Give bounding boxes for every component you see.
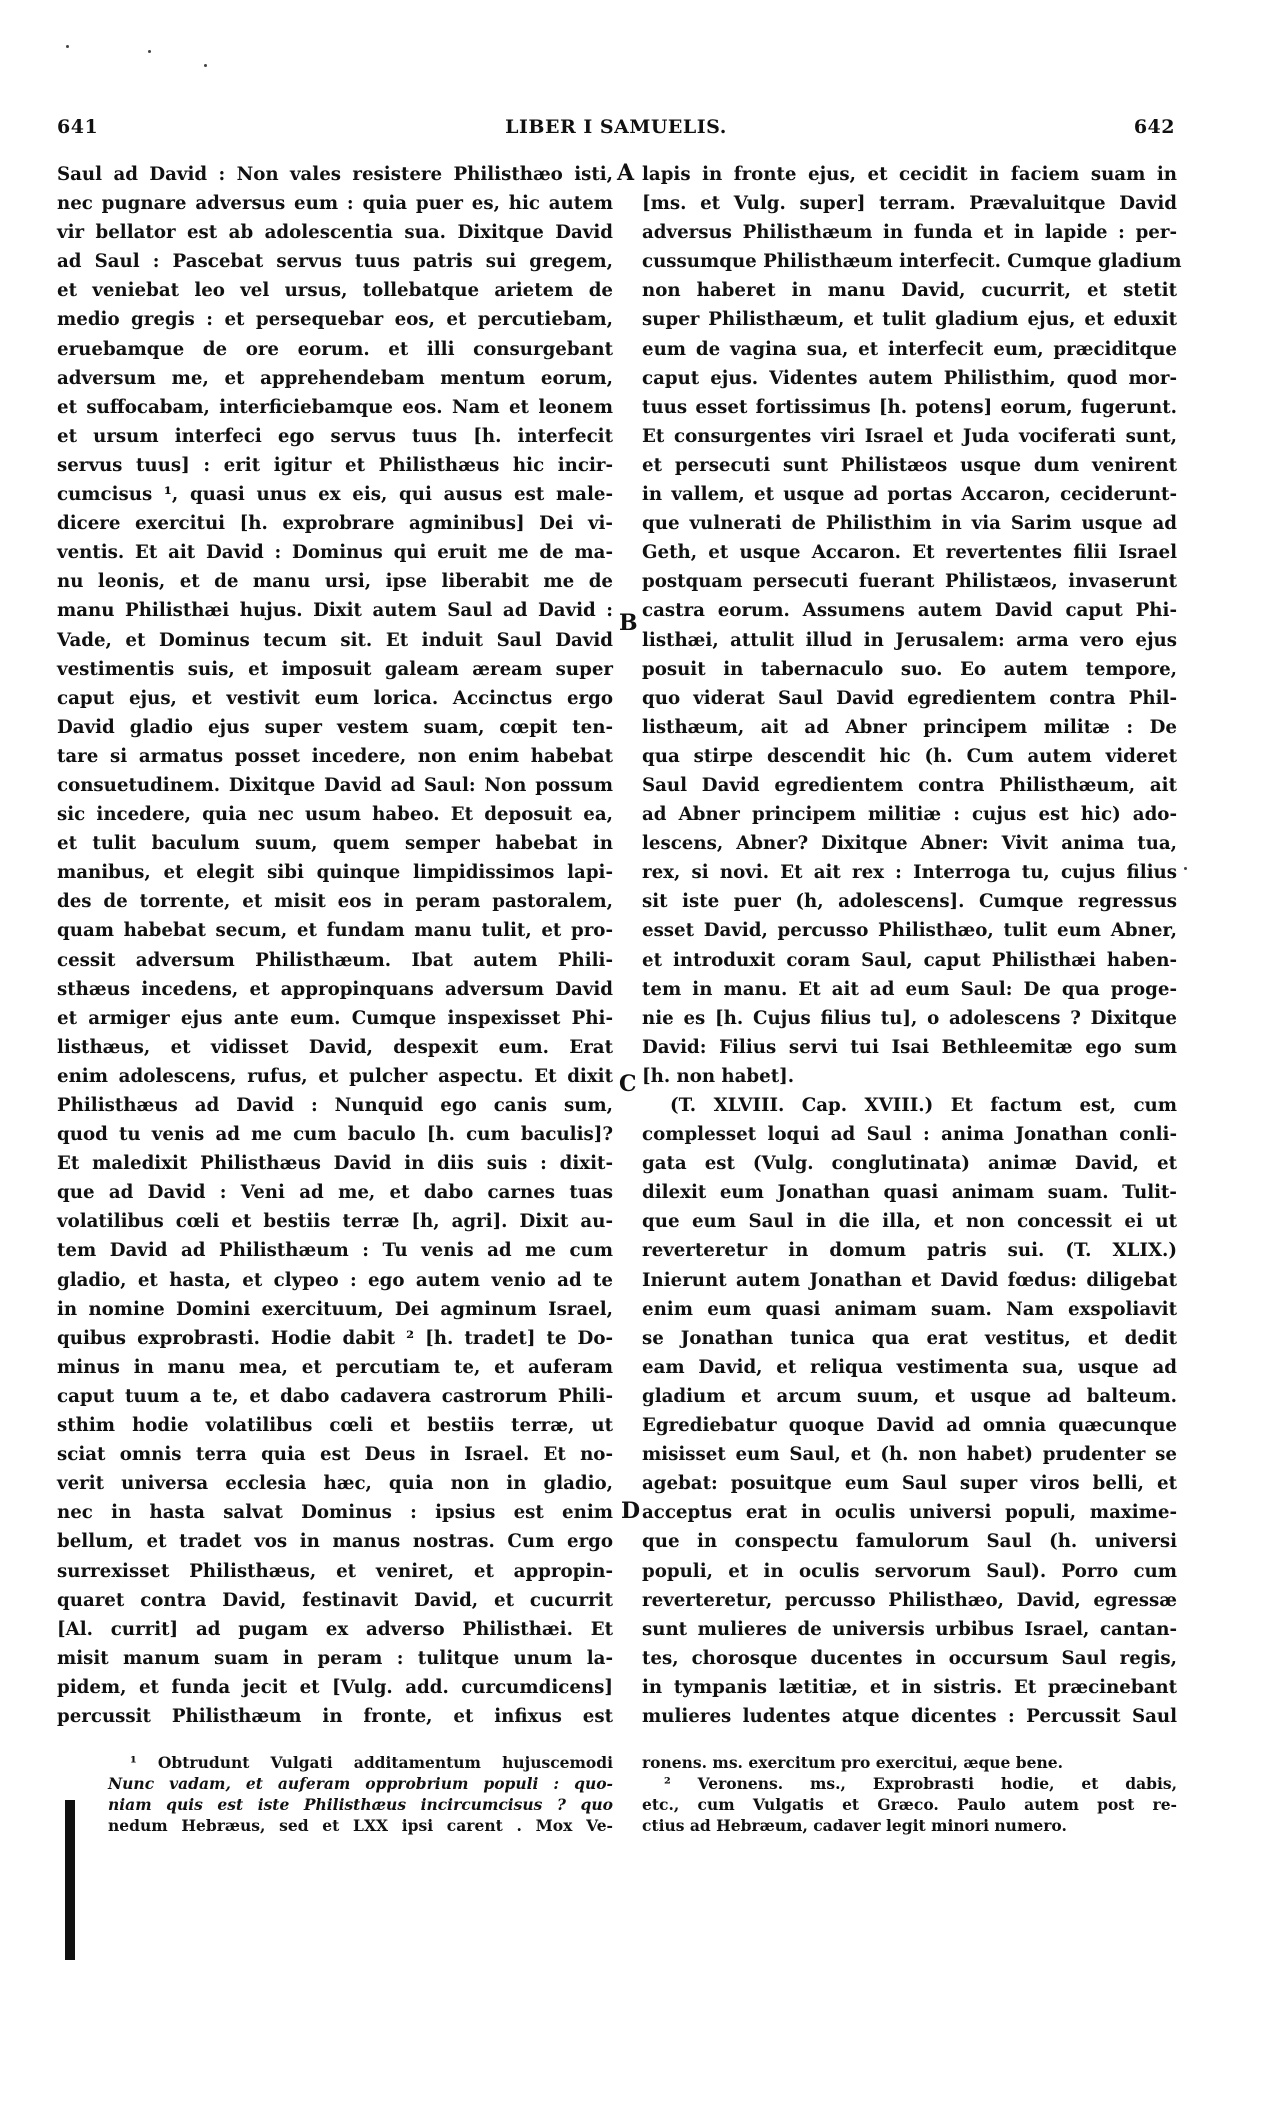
text-line: eruebamque de ore eorum. et illi consurg… — [57, 335, 613, 364]
text-line: Et consurgentes viri Israel et Juda voci… — [642, 422, 1177, 451]
text-line: et persecuti sunt Philistæos usque dum v… — [642, 451, 1177, 480]
text-line: minus in manu mea, et percutiam te, et a… — [57, 1353, 613, 1382]
text-line: que in conspectu famulorum Saul (h. univ… — [642, 1527, 1177, 1556]
text-line: tem in manu. Et ait ad eum Saul: De qua … — [642, 975, 1177, 1004]
margin-letter-d: D — [621, 1498, 640, 1524]
text-line: tuus esset fortissimus [h. potens] eorum… — [642, 393, 1177, 422]
text-line: enim adolescens, rufus, et pulcher aspec… — [57, 1062, 613, 1091]
text-line: [h. non habet]. — [642, 1062, 1177, 1091]
text-line: David: Filius servi tui Isai Bethleemitæ… — [642, 1033, 1177, 1062]
text-line: caput ejus. Videntes autem Philisthim, q… — [642, 364, 1177, 393]
text-line: sciat omnis terra quia est Deus in Israe… — [57, 1440, 613, 1469]
text-line: quam habebat secum, et fundam manu tulit… — [57, 916, 613, 945]
running-title: LIBER I SAMUELIS. — [57, 116, 1175, 138]
text-line: Vade, et Dominus tecum sit. Et induit Sa… — [57, 626, 613, 655]
text-line: rex, si novi. Et ait rex : Interroga tu,… — [642, 858, 1177, 887]
text-line: nie es [h. Cujus filius tu], o adolescen… — [642, 1004, 1177, 1033]
scan-speck — [148, 50, 151, 53]
running-header: 641 LIBER I SAMUELIS. 642 — [57, 116, 1175, 142]
right-column: lapis in fronte ejus, et cecidit in faci… — [642, 160, 1177, 1731]
text-line: [ms. et Vulg. super] terram. Prævaluitqu… — [642, 189, 1177, 218]
text-line: et veniebat leo vel ursus, tollebatque a… — [57, 276, 613, 305]
text-line: reverteretur, percusso Philisthæo, David… — [642, 1586, 1177, 1615]
text-line: caput tuum a te, et dabo cadavera castro… — [57, 1382, 613, 1411]
text-line: in tympanis lætitiæ, et in sistris. Et p… — [642, 1673, 1177, 1702]
text-line: manu Philisthæi hujus. Dixit autem Saul … — [57, 596, 613, 625]
text-line: non haberet in manu David, cucurrit, et … — [642, 276, 1177, 305]
text-line: cumcisus ¹, quasi unus ex eis, qui ausus… — [57, 480, 613, 509]
scan-edge-bar — [65, 1800, 75, 1960]
footnote-2-line: ² Veronens. ms., Exprobrasti hodie, et d… — [642, 1773, 1177, 1794]
text-line: reverteretur in domum patris sui. (T. XL… — [642, 1236, 1177, 1265]
text-line: David gladio ejus super vestem suam, cœp… — [57, 713, 613, 742]
text-line: in nomine Domini exercituum, Dei agminum… — [57, 1295, 613, 1324]
text-line: et introduxit coram Saul, caput Philisth… — [642, 946, 1177, 975]
text-line: et armiger ejus ante eum. Cumque inspexi… — [57, 1004, 613, 1033]
text-line: que eum Saul in die illa, et non concess… — [642, 1207, 1177, 1236]
text-line: tes, chorosque ducentes in occursum Saul… — [642, 1644, 1177, 1673]
text-line: quod tu venis ad me cum baculo [h. cum b… — [57, 1120, 613, 1149]
text-line: ad Abner principem militiæ : cujus est h… — [642, 800, 1177, 829]
text-line: que ad David : Veni ad me, et dabo carne… — [57, 1178, 613, 1207]
text-line: sit iste puer (h, adolescens]. Cumque re… — [642, 887, 1177, 916]
footnote-1-line: niam quis est iste Philisthæus incircumc… — [108, 1794, 613, 1815]
text-line: nec in hasta salvat Dominus : ipsius est… — [57, 1498, 613, 1527]
footnotes-left: ¹ Obtrudunt Vulgati additamentum hujusce… — [108, 1752, 613, 1836]
text-line: quibus exprobrasti. Hodie dabit ² [h. tr… — [57, 1324, 613, 1353]
text-line: acceptus erat in oculis universi populi,… — [642, 1498, 1177, 1527]
text-line: enim eum quasi animam suam. Nam exspolia… — [642, 1295, 1177, 1324]
text-line: cessit adversum Philisthæum. Ibat autem … — [57, 946, 613, 975]
text-line: misit manum suam in peram : tulitque unu… — [57, 1644, 613, 1673]
text-line: adversum me, et apprehendebam mentum eor… — [57, 364, 613, 393]
text-line: populi, et in oculis servorum Saul). Por… — [642, 1557, 1177, 1586]
text-line: gata est (Vulg. conglutinata) animæ Davi… — [642, 1149, 1177, 1178]
text-line: bellum, et tradet vos in manus nostras. … — [57, 1527, 613, 1556]
footnote-1-continued: ronens. ms. exercitum pro exercitui, æqu… — [642, 1752, 1177, 1773]
text-line: surrexisset Philisthæus, et veniret, et … — [57, 1557, 613, 1586]
text-line: eam David, et reliqua vestimenta sua, us… — [642, 1353, 1177, 1382]
text-line: super Philisthæum, et tulit gladium ejus… — [642, 305, 1177, 334]
text-line: manibus, et elegit sibi quinque limpidis… — [57, 858, 613, 887]
footnote-1-line: nedum Hebræus, sed et LXX ipsi carent . … — [108, 1815, 613, 1836]
text-line: Egrediebatur quoque David ad omnia quæcu… — [642, 1411, 1177, 1440]
text-line: in vallem, et usque ad portas Accaron, c… — [642, 480, 1177, 509]
text-line: cussumque Philisthæum interfecit. Cumque… — [642, 247, 1177, 276]
text-line: Inierunt autem Jonathan et David fœdus: … — [642, 1266, 1177, 1295]
text-line: dicere exercitui [h. exprobrare agminibu… — [57, 509, 613, 538]
text-line: medio gregis : et persequebar eos, et pe… — [57, 305, 613, 334]
text-line: misisset eum Saul, et (h. non habet) pru… — [642, 1440, 1177, 1469]
text-line: Saul David egredientem contra Philisthæu… — [642, 771, 1177, 800]
text-line: nec pugnare adversus eum : quia puer es,… — [57, 189, 613, 218]
scan-speck — [1184, 867, 1187, 870]
text-line: nu leonis, et de manu ursi, ipse liberab… — [57, 567, 613, 596]
text-line: pidem, et funda jecit et [Vulg. add. cur… — [57, 1673, 613, 1702]
text-line: listhæus, et vidisset David, despexit eu… — [57, 1033, 613, 1062]
text-line: vir bellator est ab adolescentia sua. Di… — [57, 218, 613, 247]
footnote-2-line: ctius ad Hebræum, cadaver legit minori n… — [642, 1815, 1177, 1836]
text-line: dilexit eum Jonathan quasi animam suam. … — [642, 1178, 1177, 1207]
text-line: ad Saul : Pascebat servus tuus patris su… — [57, 247, 613, 276]
text-line: lescens, Abner? Dixitque Abner: Vivit an… — [642, 829, 1177, 858]
text-line: Et maledixit Philisthæus David in diis s… — [57, 1149, 613, 1178]
text-line: Philisthæus ad David : Nunquid ego canis… — [57, 1091, 613, 1120]
text-line: servus tuus] : erit igitur et Philisthæu… — [57, 451, 613, 480]
text-line: quo viderat Saul David egredientem contr… — [642, 684, 1177, 713]
text-line: percussit Philisthæum in fronte, et infi… — [57, 1702, 613, 1731]
text-line: agebat: posuitque eum Saul super viros b… — [642, 1469, 1177, 1498]
margin-letter-b: B — [619, 610, 638, 636]
text-line: et tulit baculum suum, quem semper habeb… — [57, 829, 613, 858]
scanned-page: 641 LIBER I SAMUELIS. 642 A B C D Saul a… — [0, 0, 1263, 2126]
footnote-2-line: etc., cum Vulgatis et Græco. Paulo autem… — [642, 1794, 1177, 1815]
text-line: complesset loqui ad Saul : anima Jonatha… — [642, 1120, 1177, 1149]
text-line: des de torrente, et misit eos in peram p… — [57, 887, 613, 916]
text-line: sthæus incedens, et appropinquans advers… — [57, 975, 613, 1004]
text-line: adversus Philisthæum in funda et in lapi… — [642, 218, 1177, 247]
text-line: mulieres ludentes atque dicentes : Percu… — [642, 1702, 1177, 1731]
text-line: listhæi, attulit illud in Jerusalem: arm… — [642, 626, 1177, 655]
text-line: lapis in fronte ejus, et cecidit in faci… — [642, 160, 1177, 189]
margin-letter-c: C — [619, 1071, 637, 1097]
text-line: caput ejus, et vestivit eum lorica. Acci… — [57, 684, 613, 713]
text-line: eum de vagina sua, et interfecit eum, pr… — [642, 335, 1177, 364]
page-number-right: 642 — [1134, 116, 1175, 138]
text-line: Geth, et usque Accaron. Et revertentes f… — [642, 538, 1177, 567]
text-line: posuit in tabernaculo suo. Eo autem temp… — [642, 655, 1177, 684]
scan-speck — [204, 64, 207, 67]
text-line: sunt mulieres de universis urbibus Israe… — [642, 1615, 1177, 1644]
text-line: sic incedere, quia nec usum habeo. Et de… — [57, 800, 613, 829]
text-line: que vulnerati de Philisthim in via Sarim… — [642, 509, 1177, 538]
scan-speck — [66, 45, 69, 48]
text-line: quaret contra David, festinavit David, e… — [57, 1586, 613, 1615]
text-line: ventis. Et ait David : Dominus qui eruit… — [57, 538, 613, 567]
text-line: listhæum, ait ad Abner principem militæ … — [642, 713, 1177, 742]
text-line: qua stirpe descendit hic (h. Cum autem v… — [642, 742, 1177, 771]
chapter-heading-line: (T. XLVIII. Cap. XVIII.) Et factum est, … — [642, 1091, 1177, 1120]
text-line: tem David ad Philisthæum : Tu venis ad m… — [57, 1236, 613, 1265]
text-line: se Jonathan tunica qua erat vestitus, et… — [642, 1324, 1177, 1353]
text-line: esset David, percusso Philisthæo, tulit … — [642, 916, 1177, 945]
text-line: et suffocabam, interficiebamque eos. Nam… — [57, 393, 613, 422]
text-line: [Al. currit] ad pugam ex adverso Philist… — [57, 1615, 613, 1644]
text-line: gladio, et hasta, et clypeo : ego autem … — [57, 1266, 613, 1295]
text-line: vestimentis suis, et imposuit galeam ære… — [57, 655, 613, 684]
footnotes-right: ronens. ms. exercitum pro exercitui, æqu… — [642, 1752, 1177, 1836]
margin-letter-a: A — [617, 160, 634, 186]
text-line: Saul ad David : Non vales resistere Phil… — [57, 160, 613, 189]
text-line: sthim hodie volatilibus cœli et bestiis … — [57, 1411, 613, 1440]
footnote-1-line: ¹ Obtrudunt Vulgati additamentum hujusce… — [108, 1752, 613, 1773]
text-line: et ursum interfeci ego servus tuus [h. i… — [57, 422, 613, 451]
text-line: postquam persecuti fuerant Philistæos, i… — [642, 567, 1177, 596]
left-column: Saul ad David : Non vales resistere Phil… — [57, 160, 613, 1731]
text-line: castra eorum. Assumens autem David caput… — [642, 596, 1177, 625]
text-line: volatilibus cœli et bestiis terræ [h, ag… — [57, 1207, 613, 1236]
text-line: consuetudinem. Dixitque David ad Saul: N… — [57, 771, 613, 800]
text-line: tare si armatus posset incedere, non eni… — [57, 742, 613, 771]
text-line: gladium et arcum suum, et usque ad balte… — [642, 1382, 1177, 1411]
footnote-1-line: Nunc vadam, et auferam opprobrium populi… — [108, 1773, 613, 1794]
text-line: verit universa ecclesia hæc, quia non in… — [57, 1469, 613, 1498]
